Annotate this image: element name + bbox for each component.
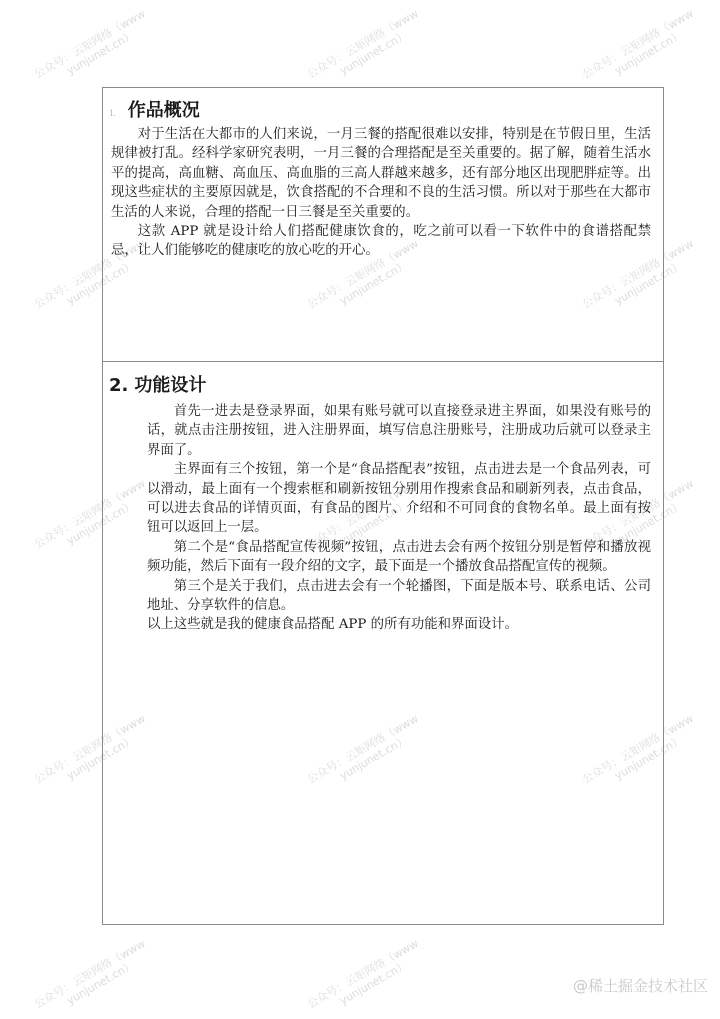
watermark: 公众号：云矩网络（wwwyunjunet.cn）: [32, 7, 154, 93]
section-overview: 1. 作品概况 对于生活在大都市的人们来说，一月三餐的搭配很难以安排，特别是在节…: [103, 88, 663, 362]
section-number: 2.: [109, 375, 128, 396]
paragraph: 主界面有三个按钮，第一个是“食品搭配表”按钮，点击进去是一个食品列表，可以滑动，…: [147, 460, 651, 538]
section-title: 功能设计: [134, 371, 206, 397]
section-title: 作品概况: [128, 96, 200, 122]
paragraph: 以上这些就是我的健康食品搭配 APP 的所有功能和界面设计。: [147, 615, 651, 634]
watermark: 公众号：云矩网络（wwwyunjunet.cn）: [580, 7, 702, 93]
watermark: 公众号：云矩网络（wwwyunjunet.cn）: [305, 937, 427, 1019]
section-heading: 2. 功能设计: [109, 371, 206, 397]
section-number: 1.: [109, 108, 116, 118]
section-body: 首先一进去是登录界面，如果有账号就可以直接登录进主界面，如果没有账号的话，就点击…: [147, 402, 651, 635]
document-table: 1. 作品概况 对于生活在大都市的人们来说，一月三餐的搭配很难以安排，特别是在节…: [102, 87, 664, 925]
paragraph: 这款 APP 就是设计给人们搭配健康饮食的，吃之前可以看一下软件中的食谱搭配禁忌…: [111, 222, 651, 261]
section-feature-design: 2. 功能设计 首先一进去是登录界面，如果有账号就可以直接登录进主界面，如果没有…: [103, 362, 663, 924]
paragraph: 对于生活在大都市的人们来说，一月三餐的搭配很难以安排，特别是在节假日里，生活规律…: [111, 125, 651, 222]
paragraph: 第二个是“食品搭配宣传视频”按钮，点击进去会有两个按钮分别是暂停和播放视频功能，…: [147, 538, 651, 577]
paragraph: 第三个是关于我们，点击进去会有一个轮播图，下面是版本号、联系电话、公司地址、分享…: [147, 577, 651, 616]
watermark: 公众号：云矩网络（wwwyunjunet.cn）: [305, 7, 427, 93]
section-body: 对于生活在大都市的人们来说，一月三餐的搭配很难以安排，特别是在节假日里，生活规律…: [111, 125, 651, 261]
watermark: 公众号：云矩网络（wwwyunjunet.cn）: [32, 937, 154, 1019]
brand-watermark: @稀土掘金技术社区: [573, 975, 708, 996]
section-heading: 1. 作品概况: [109, 96, 200, 122]
paragraph: 首先一进去是登录界面，如果有账号就可以直接登录进主界面，如果没有账号的话，就点击…: [147, 402, 651, 460]
